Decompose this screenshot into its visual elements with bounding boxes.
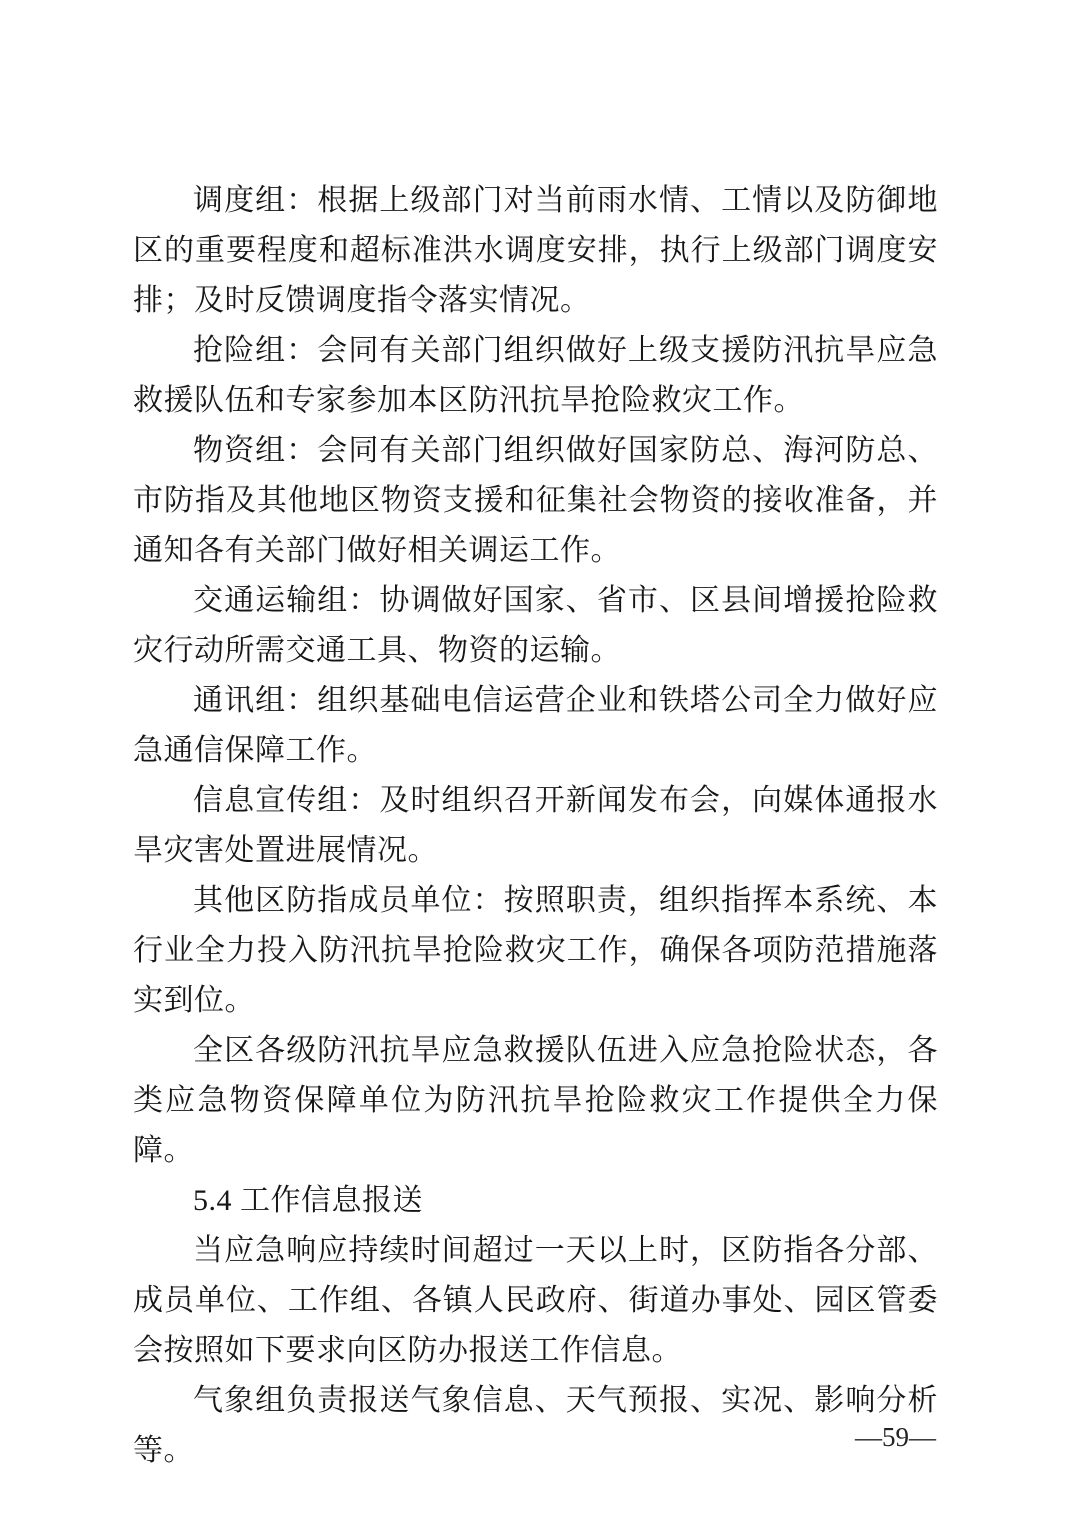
paragraph: 信息宣传组：及时组织召开新闻发布会，向媒体通报水旱灾害处置进展情况。 bbox=[133, 776, 938, 876]
paragraph: 调度组：根据上级部门对当前雨水情、工情以及防御地区的重要程度和超标准洪水调度安排… bbox=[133, 176, 938, 326]
paragraph: 当应急响应持续时间超过一天以上时，区防指各分部、成员单位、工作组、各镇人民政府、… bbox=[133, 1226, 938, 1376]
paragraph: 抢险组：会同有关部门组织做好上级支援防汛抗旱应急救援队伍和专家参加本区防汛抗旱抢… bbox=[133, 326, 938, 426]
section-heading: 5.4 工作信息报送 bbox=[133, 1176, 938, 1226]
paragraph: 其他区防指成员单位：按照职责，组织指挥本系统、本行业全力投入防汛抗旱抢险救灾工作… bbox=[133, 876, 938, 1026]
document-page: 调度组：根据上级部门对当前雨水情、工情以及防御地区的重要程度和超标准洪水调度安排… bbox=[0, 0, 1074, 1520]
paragraph: 气象组负责报送气象信息、天气预报、实况、影响分析等。 bbox=[133, 1376, 938, 1476]
page-number: —59— bbox=[855, 1422, 936, 1452]
paragraph: 全区各级防汛抗旱应急救援队伍进入应急抢险状态，各类应急物资保障单位为防汛抗旱抢险… bbox=[133, 1026, 938, 1176]
paragraph: 通讯组：组织基础电信运营企业和铁塔公司全力做好应急通信保障工作。 bbox=[133, 676, 938, 776]
document-body: 调度组：根据上级部门对当前雨水情、工情以及防御地区的重要程度和超标准洪水调度安排… bbox=[133, 176, 938, 1476]
paragraph: 物资组：会同有关部门组织做好国家防总、海河防总、市防指及其他地区物资支援和征集社… bbox=[133, 426, 938, 576]
paragraph: 交通运输组：协调做好国家、省市、区县间增援抢险救灾行动所需交通工具、物资的运输。 bbox=[133, 576, 938, 676]
